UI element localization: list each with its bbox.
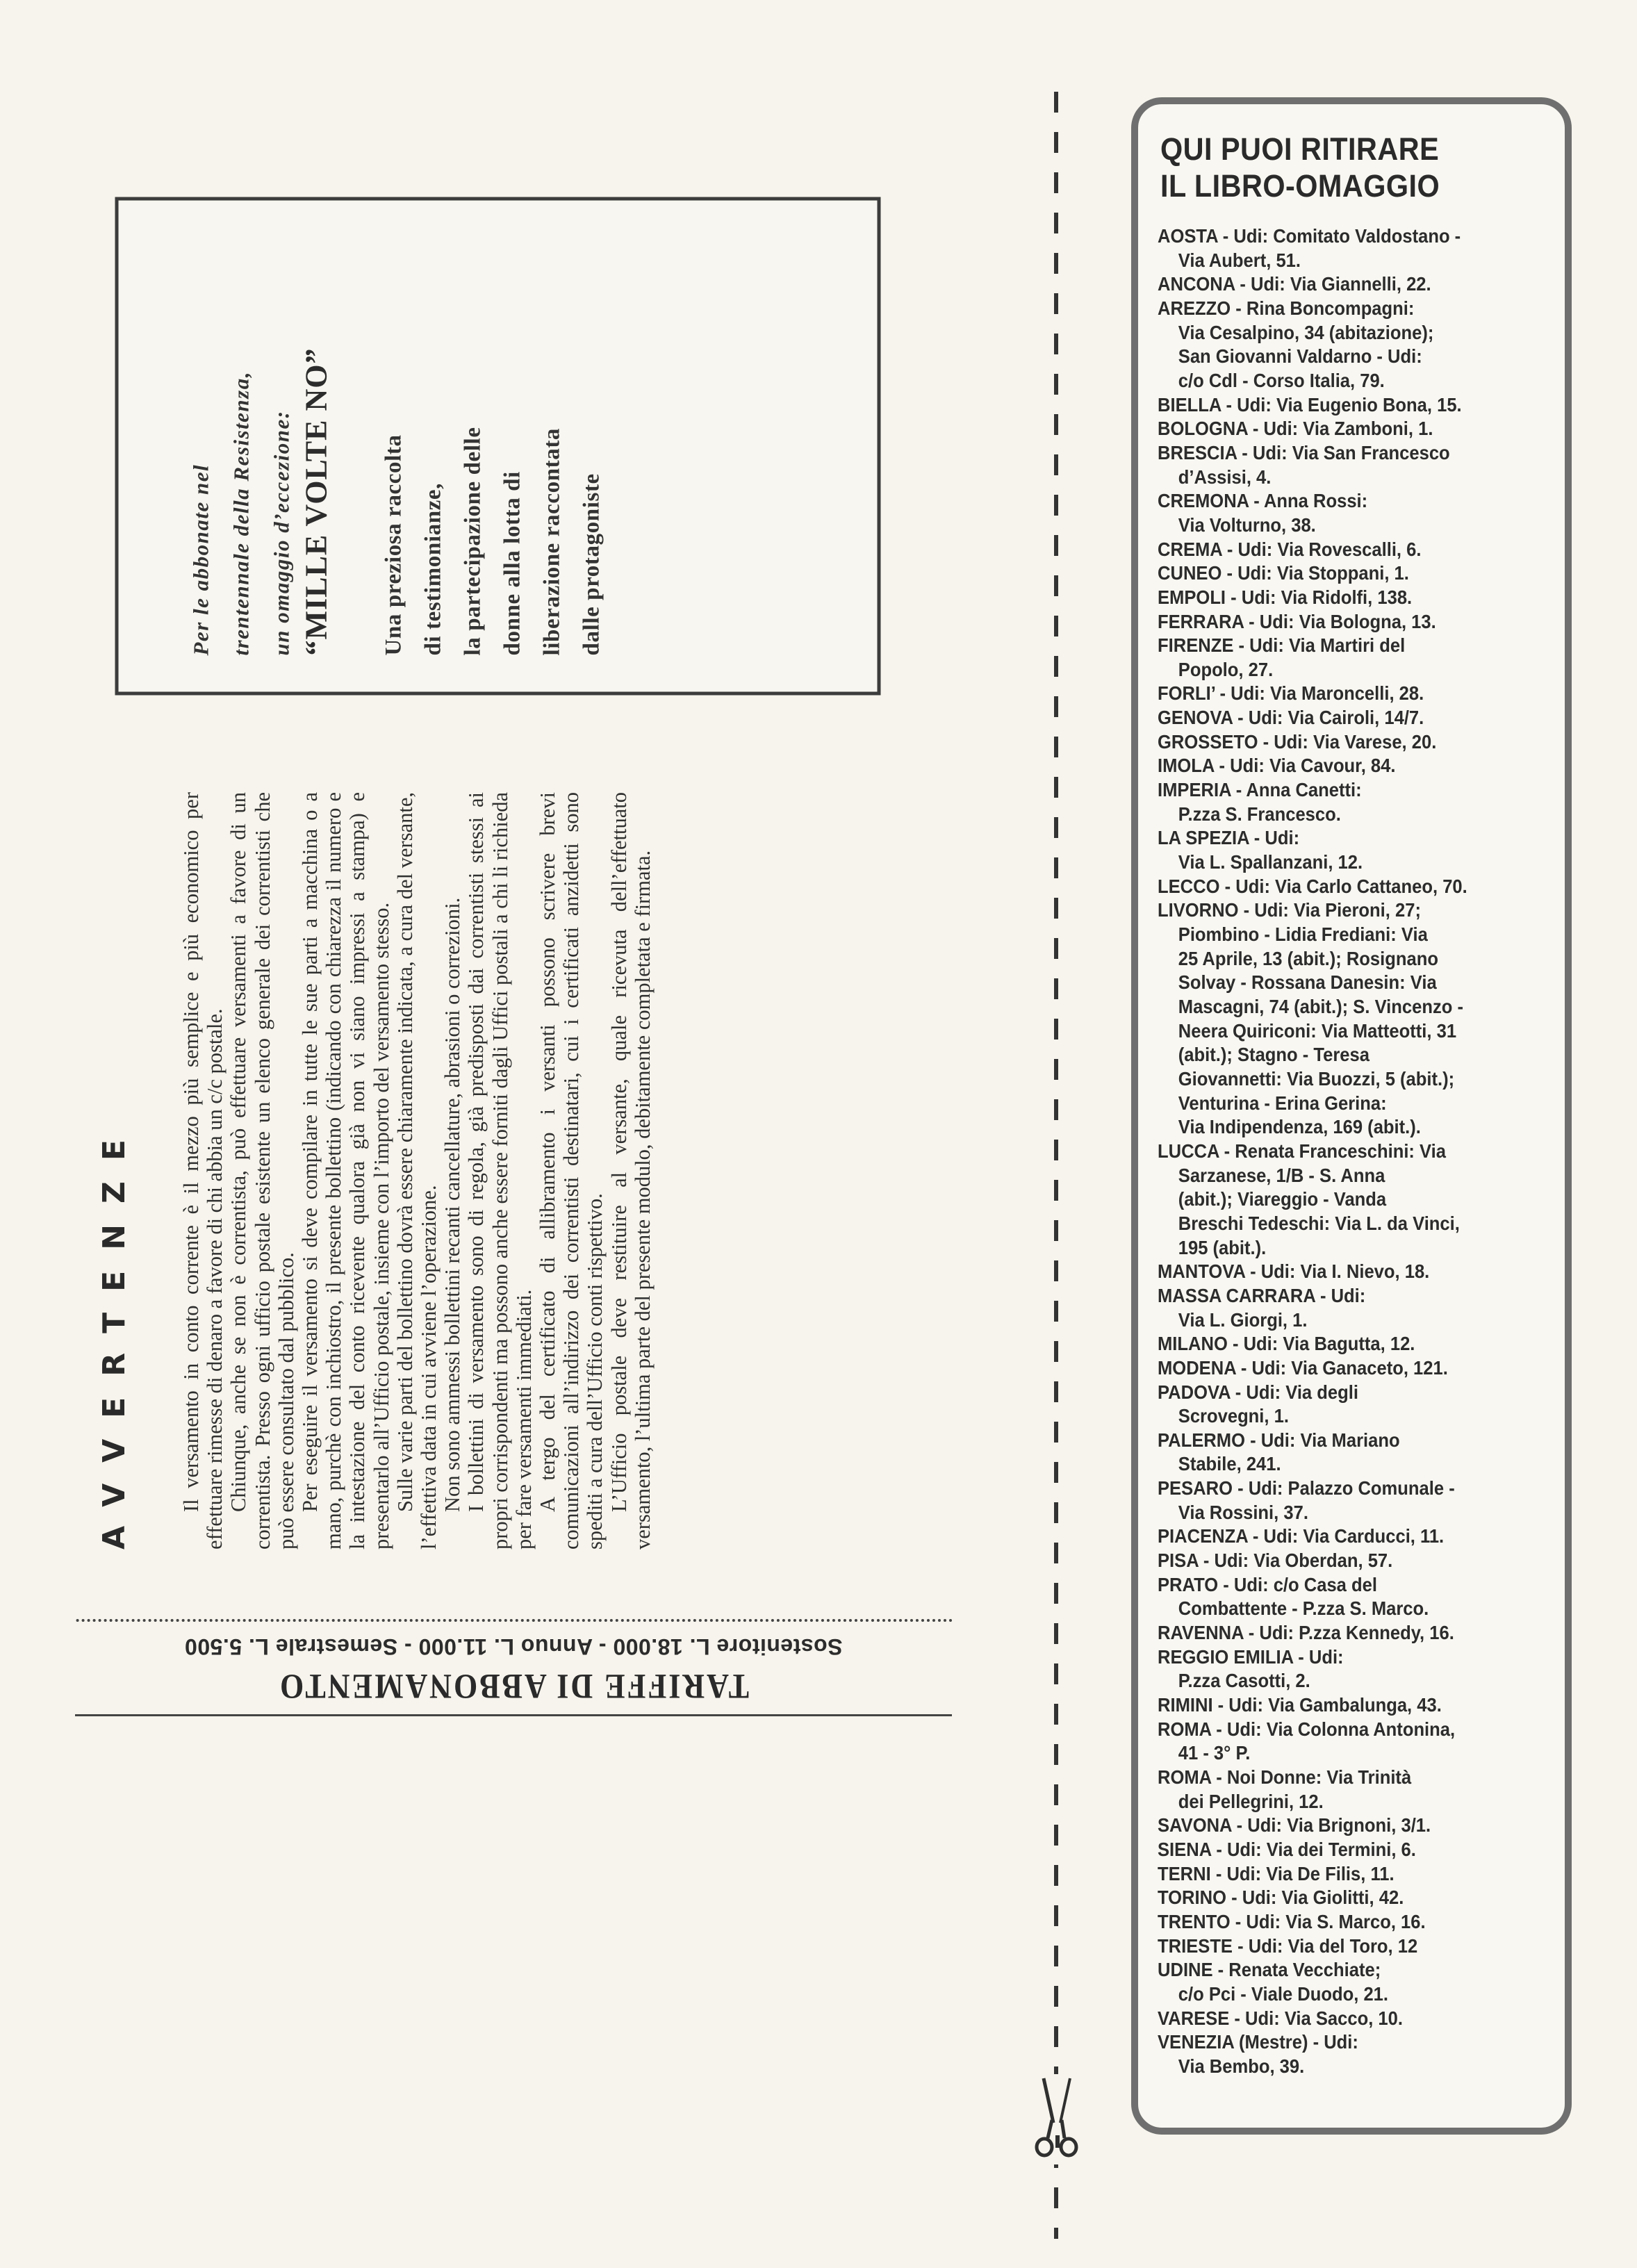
pickup-location-item: BIELLA - Udi: Via Eugenio Bona, 15.	[1158, 393, 1550, 418]
notice-paragraph: A tergo del certificato di allibramento …	[536, 792, 607, 1550]
gift-book-title: “MILLE VOLTE NO”	[295, 347, 337, 655]
notice-paragraph-indent	[227, 1512, 250, 1550]
pickup-location-item: PRATO - Udi: c/o Casa delCombattente - P…	[1158, 1573, 1550, 1621]
pickup-location-item: MANTOVA - Udi: Via I. Nievo, 18.	[1158, 1260, 1550, 1284]
pickup-location-line: FORLI’ - Udi: Via Maroncelli, 28.	[1158, 682, 1550, 706]
pickup-location-item: GROSSETO - Udi: Via Varese, 20.	[1158, 730, 1550, 755]
pickup-location-continuation: d’Assisi, 4.	[1158, 466, 1550, 490]
pickup-location-item: EMPOLI - Udi: Via Ridolfi, 138.	[1158, 586, 1550, 610]
pickup-location-line: REGGIO EMILIA - Udi:	[1158, 1645, 1550, 1670]
notice-body: Il versamento in conto corrente è il mez…	[179, 792, 655, 1550]
pickup-location-continuation: Scrovegni, 1.	[1158, 1404, 1550, 1429]
notice-paragraph-indent	[441, 1512, 464, 1550]
pickup-location-line: BOLOGNA - Udi: Via Zamboni, 1.	[1158, 417, 1550, 441]
notice-paragraph-text: Sulle varie parti del bollettino dovrà e…	[393, 792, 441, 1550]
tariff-section: TARIFFE DI ABBONAMENTO Sostenitore L. 18…	[75, 1612, 952, 1723]
pickup-location-item: CUNEO - Udi: Via Stoppani, 1.	[1158, 561, 1550, 586]
pickup-location-line: MANTOVA - Udi: Via I. Nievo, 18.	[1158, 1260, 1550, 1284]
pickup-location-item: MODENA - Udi: Via Ganaceto, 121.	[1158, 1356, 1550, 1381]
notice-paragraph-indent	[393, 1512, 417, 1550]
tariff-divider-dotted	[75, 1619, 952, 1622]
pickup-location-continuation: Breschi Tedeschi: Via L. da Vinci,	[1158, 1212, 1550, 1236]
pickup-location-line: TERNI - Udi: Via De Filis, 11.	[1158, 1862, 1550, 1887]
pickup-location-item: SAVONA - Udi: Via Brignoni, 3/1.	[1158, 1814, 1550, 1838]
pickup-location-item: PADOVA - Udi: Via degliScrovegni, 1.	[1158, 1381, 1550, 1429]
pickup-location-line: PALERMO - Udi: Via Mariano	[1158, 1429, 1550, 1453]
pickup-location-line: ROMA - Udi: Via Colonna Antonina,	[1158, 1718, 1550, 1742]
pickup-location-item: PIACENZA - Udi: Via Carducci, 11.	[1158, 1525, 1550, 1549]
pickup-location-continuation: Popolo, 27.	[1158, 658, 1550, 682]
notice-paragraph-indent	[536, 1512, 559, 1550]
pickup-list: AOSTA - Udi: Comitato Valdostano -Via Au…	[1158, 224, 1551, 2079]
tariff-prices: Sostenitore L. 18.000 - Annuo L. 11.000 …	[75, 1634, 952, 1659]
gift-description: Una preziosa raccolta di testimonianze, …	[374, 427, 611, 655]
notice-paragraph-indent	[607, 1512, 631, 1550]
pickup-location-continuation: 25 Aprile, 13 (abit.); Rosignano	[1158, 947, 1550, 971]
scissors-icon	[1033, 2074, 1081, 2164]
pickup-location-continuation: c/o Cdl - Corso Italia, 79.	[1158, 369, 1550, 393]
notice-paragraph-text: I bollettini di versamento sono di regol…	[464, 792, 535, 1550]
pickup-location-line: SIENA - Udi: Via dei Termini, 6.	[1158, 1838, 1550, 1862]
pickup-location-line: CREMONA - Anna Rossi:	[1158, 489, 1550, 513]
pickup-location-line: TORINO - Udi: Via Giolitti, 42.	[1158, 1886, 1550, 1910]
pickup-location-line: RIMINI - Udi: Via Gambalunga, 43.	[1158, 1693, 1550, 1718]
pickup-location-line: GENOVA - Udi: Via Cairoli, 14/7.	[1158, 706, 1550, 730]
pickup-location-continuation: dei Pellegrini, 12.	[1158, 1790, 1550, 1814]
pickup-location-item: RIMINI - Udi: Via Gambalunga, 43.	[1158, 1693, 1550, 1718]
pickup-location-item: LIVORNO - Udi: Via Pieroni, 27;Piombino …	[1158, 898, 1550, 1140]
pickup-location-line: PISA - Udi: Via Oberdan, 57.	[1158, 1549, 1550, 1573]
pickup-location-item: PISA - Udi: Via Oberdan, 57.	[1158, 1549, 1550, 1573]
notice-paragraph-text: L’Ufficio postale deve restituire al ver…	[607, 792, 655, 1550]
pickup-location-item: TORINO - Udi: Via Giolitti, 42.	[1158, 1886, 1550, 1910]
pickup-location-item: MASSA CARRARA - Udi:Via L. Giorgi, 1.	[1158, 1284, 1550, 1332]
pickup-location-line: SAVONA - Udi: Via Brignoni, 3/1.	[1158, 1814, 1550, 1838]
pickup-location-line: MILANO - Udi: Via Bagutta, 12.	[1158, 1332, 1550, 1356]
pickup-location-line: PADOVA - Udi: Via degli	[1158, 1381, 1550, 1405]
pickup-location-item: BOLOGNA - Udi: Via Zamboni, 1.	[1158, 417, 1550, 441]
pickup-location-line: CUNEO - Udi: Via Stoppani, 1.	[1158, 561, 1550, 586]
notice-paragraph-text: A tergo del certificato di allibramento …	[536, 792, 607, 1550]
pickup-location-continuation: Stabile, 241.	[1158, 1452, 1550, 1477]
notice-paragraph: I bollettini di versamento sono di regol…	[464, 792, 536, 1550]
notice-paragraph: Il versamento in conto corrente è il mez…	[179, 792, 227, 1550]
pickup-locations-box: QUI PUOI RITIRARE IL LIBRO-OMAGGIO AOSTA…	[1131, 97, 1572, 2135]
pickup-location-continuation: Via Rossini, 37.	[1158, 1501, 1550, 1525]
notice-paragraph: L’Ufficio postale deve restituire al ver…	[607, 792, 655, 1550]
pickup-location-line: FIRENZE - Udi: Via Martiri del	[1158, 634, 1550, 658]
notice-title: AVVERTENZE	[90, 1119, 139, 1550]
pickup-location-continuation: 41 - 3° P.	[1158, 1741, 1550, 1766]
pickup-location-item: TERNI - Udi: Via De Filis, 11.	[1158, 1862, 1550, 1887]
gift-box-container: Per le abbonate nel trentennale della Re…	[115, 197, 880, 695]
pickup-location-line: BIELLA - Udi: Via Eugenio Bona, 15.	[1158, 393, 1550, 418]
pickup-location-line: AOSTA - Udi: Comitato Valdostano -	[1158, 224, 1550, 249]
pickup-title-line1: QUI PUOI RITIRARE	[1160, 131, 1439, 167]
pickup-location-line: LUCCA - Renata Franceschini: Via	[1158, 1140, 1550, 1164]
pickup-location-item: LUCCA - Renata Franceschini: ViaSarzanes…	[1158, 1140, 1550, 1260]
pickup-location-continuation: Via L. Spallanzani, 12.	[1158, 850, 1550, 875]
cut-line	[1054, 92, 1058, 2239]
pickup-location-item: SIENA - Udi: Via dei Termini, 6.	[1158, 1838, 1550, 1862]
pickup-location-item: PALERMO - Udi: Via MarianoStabile, 241.	[1158, 1429, 1550, 1477]
notice-container: AVVERTENZE Il versamento in conto corren…	[90, 792, 882, 1550]
pickup-location-line: LECCO - Udi: Via Carlo Cattaneo, 70.	[1158, 875, 1550, 899]
pickup-location-continuation: (abit.); Viareggio - Vanda	[1158, 1188, 1550, 1212]
pickup-title: QUI PUOI RITIRARE IL LIBRO-OMAGGIO	[1160, 131, 1518, 204]
tariff-title: TARIFFE DI ABBONAMENTO	[75, 1666, 952, 1707]
pickup-location-item: TRIESTE - Udi: Via del Toro, 12	[1158, 1934, 1550, 1959]
pickup-location-line: PRATO - Udi: c/o Casa del	[1158, 1573, 1550, 1597]
pickup-location-item: RAVENNA - Udi: P.zza Kennedy, 16.	[1158, 1621, 1550, 1645]
pickup-location-item: IMPERIA - Anna Canetti:P.zza S. Francesc…	[1158, 778, 1550, 826]
pickup-location-continuation: Mascagni, 74 (abit.); S. Vincenzo -	[1158, 995, 1550, 1019]
pickup-location-item: TRENTO - Udi: Via S. Marco, 16.	[1158, 1910, 1550, 1934]
pickup-location-continuation: Giovannetti: Via Buozzi, 5 (abit.);	[1158, 1067, 1550, 1092]
pickup-location-continuation: 195 (abit.).	[1158, 1236, 1550, 1260]
pickup-location-item: LECCO - Udi: Via Carlo Cattaneo, 70.	[1158, 875, 1550, 899]
pickup-location-continuation: Via Cesalpino, 34 (abitazione);	[1158, 321, 1550, 345]
pickup-location-line: FERRARA - Udi: Via Bologna, 13.	[1158, 610, 1550, 634]
pickup-location-line: GROSSETO - Udi: Via Varese, 20.	[1158, 730, 1550, 755]
pickup-location-line: VARESE - Udi: Via Sacco, 10.	[1158, 2007, 1550, 2031]
pickup-location-continuation: P.zza Casotti, 2.	[1158, 1669, 1550, 1693]
pickup-location-line: ROMA - Noi Donne: Via Trinità	[1158, 1766, 1550, 1790]
notice-paragraph-text: Chiunque, anche se non è correntista, pu…	[227, 792, 297, 1550]
pickup-location-continuation: Solvay - Rossana Danesin: Via	[1158, 971, 1550, 995]
pickup-location-continuation: Via Bembo, 39.	[1158, 2055, 1550, 2079]
notice-paragraph-text: Non sono ammessi bollettini recanti canc…	[441, 898, 464, 1512]
pickup-location-item: VENEZIA (Mestre) - Udi:Via Bembo, 39.	[1158, 2030, 1550, 2078]
pickup-location-continuation: San Giovanni Valdarno - Udi:	[1158, 345, 1550, 369]
pickup-location-continuation: c/o Pci - Viale Duodo, 21.	[1158, 1982, 1550, 2007]
pickup-location-line: MODENA - Udi: Via Ganaceto, 121.	[1158, 1356, 1550, 1381]
pickup-location-item: ROMA - Udi: Via Colonna Antonina,41 - 3°…	[1158, 1718, 1550, 1766]
pickup-location-item: FERRARA - Udi: Via Bologna, 13.	[1158, 610, 1550, 634]
gift-intro: Per le abbonate nel trentennale della Re…	[181, 371, 302, 656]
pickup-location-continuation: P.zza S. Francesco.	[1158, 803, 1550, 827]
pickup-location-line: PIACENZA - Udi: Via Carducci, 11.	[1158, 1525, 1550, 1549]
notice-paragraph-text: Il versamento in conto corrente è il mez…	[179, 792, 227, 1550]
pickup-location-continuation: Venturina - Erina Gerina:	[1158, 1092, 1550, 1116]
gift-announcement-box: Per le abbonate nel trentennale della Re…	[115, 197, 880, 695]
pickup-location-line: IMPERIA - Anna Canetti:	[1158, 778, 1550, 803]
notice-paragraph: Per eseguire il versamento si deve compi…	[298, 792, 393, 1550]
pickup-location-continuation: Via Aubert, 51.	[1158, 249, 1550, 273]
pickup-location-line: RAVENNA - Udi: P.zza Kennedy, 16.	[1158, 1621, 1550, 1645]
pickup-location-item: UDINE - Renata Vecchiate;c/o Pci - Viale…	[1158, 1958, 1550, 2006]
notice-paragraph: Non sono ammessi bollettini recanti canc…	[441, 792, 464, 1550]
notice-paragraph-text: Per eseguire il versamento si deve compi…	[298, 792, 393, 1550]
pickup-location-item: REGGIO EMILIA - Udi:P.zza Casotti, 2.	[1158, 1645, 1550, 1693]
pickup-location-item: VARESE - Udi: Via Sacco, 10.	[1158, 2007, 1550, 2031]
pickup-location-item: PESARO - Udi: Palazzo Comunale -Via Ross…	[1158, 1477, 1550, 1525]
pickup-location-line: ANCONA - Udi: Via Giannelli, 22.	[1158, 272, 1550, 297]
pickup-location-continuation: Piombino - Lidia Frediani: Via	[1158, 923, 1550, 947]
pickup-location-item: MILANO - Udi: Via Bagutta, 12.	[1158, 1332, 1550, 1356]
notice-paragraph-indent	[464, 1512, 488, 1550]
pickup-location-continuation: Via L. Giorgi, 1.	[1158, 1308, 1550, 1333]
pickup-location-continuation: (abit.); Stagno - Teresa	[1158, 1043, 1550, 1067]
notice-paragraph: Sulle varie parti del bollettino dovrà e…	[393, 792, 441, 1550]
pickup-location-item: GENOVA - Udi: Via Cairoli, 14/7.	[1158, 706, 1550, 730]
pickup-location-item: ANCONA - Udi: Via Giannelli, 22.	[1158, 272, 1550, 297]
pickup-location-continuation: Via Indipendenza, 169 (abit.).	[1158, 1115, 1550, 1140]
pickup-location-line: LIVORNO - Udi: Via Pieroni, 27;	[1158, 898, 1550, 923]
pickup-location-line: AREZZO - Rina Boncompagni:	[1158, 297, 1550, 321]
pickup-location-line: MASSA CARRARA - Udi:	[1158, 1284, 1550, 1308]
pickup-location-item: BRESCIA - Udi: Via San Francescod’Assisi…	[1158, 441, 1550, 489]
pickup-location-line: BRESCIA - Udi: Via San Francesco	[1158, 441, 1550, 466]
pickup-location-line: VENEZIA (Mestre) - Udi:	[1158, 2030, 1550, 2055]
pickup-location-line: IMOLA - Udi: Via Cavour, 84.	[1158, 754, 1550, 778]
pickup-location-continuation: Via Volturno, 38.	[1158, 513, 1550, 538]
pickup-location-item: IMOLA - Udi: Via Cavour, 84.	[1158, 754, 1550, 778]
notice-section: AVVERTENZE Il versamento in conto corren…	[90, 792, 882, 1550]
pickup-location-line: TRENTO - Udi: Via S. Marco, 16.	[1158, 1910, 1550, 1934]
pickup-location-item: ROMA - Noi Donne: Via Trinitàdei Pellegr…	[1158, 1766, 1550, 1814]
pickup-location-line: EMPOLI - Udi: Via Ridolfi, 138.	[1158, 586, 1550, 610]
notice-paragraph: Chiunque, anche se non è correntista, pu…	[227, 792, 298, 1550]
pickup-location-continuation: Sarzanese, 1/B - S. Anna	[1158, 1164, 1550, 1188]
tariff-divider-solid	[75, 1714, 952, 1716]
pickup-location-continuation: Neera Quiriconi: Via Matteotti, 31	[1158, 1019, 1550, 1044]
pickup-location-item: AOSTA - Udi: Comitato Valdostano -Via Au…	[1158, 224, 1550, 272]
pickup-title-line2: IL LIBRO-OMAGGIO	[1160, 168, 1440, 204]
pickup-location-item: CREMA - Udi: Via Rovescalli, 6.	[1158, 538, 1550, 562]
pickup-location-item: CREMONA - Anna Rossi:Via Volturno, 38.	[1158, 489, 1550, 537]
pickup-location-line: PESARO - Udi: Palazzo Comunale -	[1158, 1477, 1550, 1501]
pickup-location-continuation: Combattente - P.zza S. Marco.	[1158, 1597, 1550, 1621]
pickup-location-line: TRIESTE - Udi: Via del Toro, 12	[1158, 1934, 1550, 1959]
pickup-location-item: FIRENZE - Udi: Via Martiri delPopolo, 27…	[1158, 634, 1550, 682]
pickup-location-item: LA SPEZIA - Udi:Via L. Spallanzani, 12.	[1158, 826, 1550, 874]
pickup-location-line: LA SPEZIA - Udi:	[1158, 826, 1550, 850]
notice-paragraph-indent	[298, 1512, 322, 1550]
pickup-location-line: UDINE - Renata Vecchiate;	[1158, 1958, 1550, 1982]
pickup-location-item: AREZZO - Rina Boncompagni:Via Cesalpino,…	[1158, 297, 1550, 393]
notice-paragraph-indent	[179, 1512, 203, 1550]
pickup-location-item: FORLI’ - Udi: Via Maroncelli, 28.	[1158, 682, 1550, 706]
pickup-location-line: CREMA - Udi: Via Rovescalli, 6.	[1158, 538, 1550, 562]
